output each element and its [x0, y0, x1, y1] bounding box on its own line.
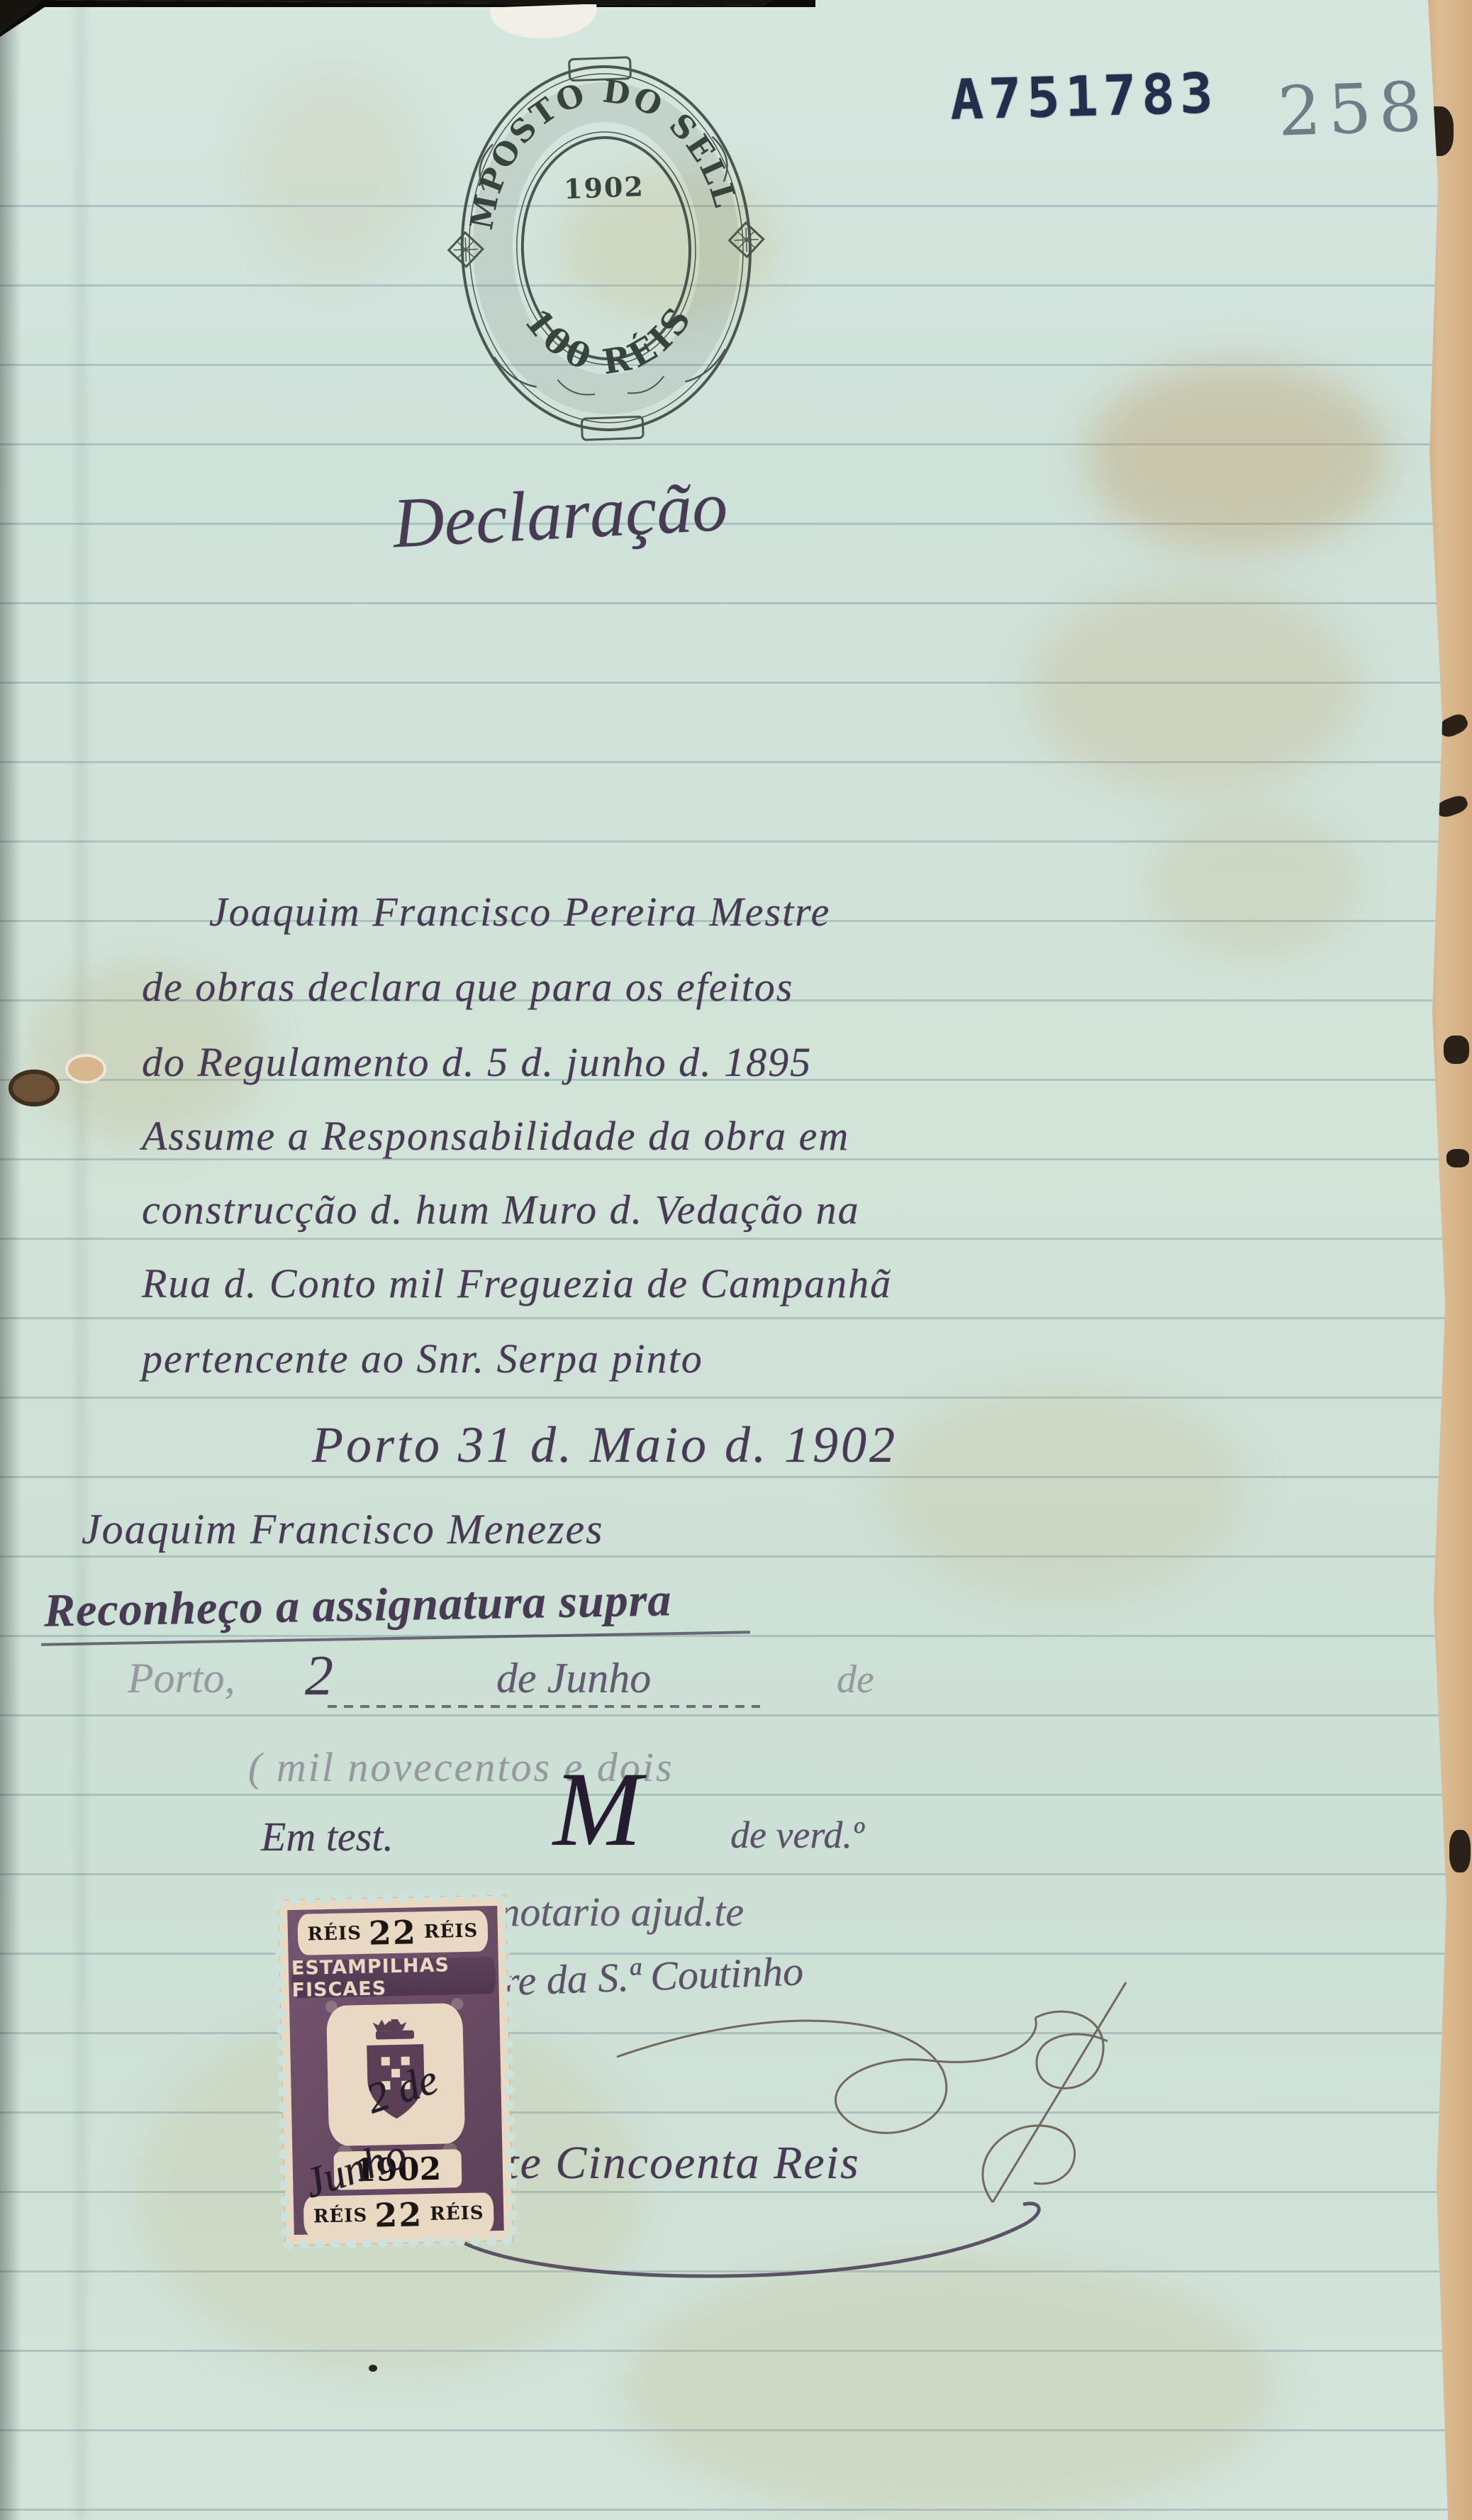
attest-suffix: de verd.º [730, 1813, 864, 1857]
body-line: Assume a Responsabilidade da obra em [142, 1112, 849, 1160]
paper-stain [1149, 809, 1361, 958]
of-word: de [837, 1657, 874, 1702]
body-line: Joaquim Francisco Pereira Mestre [209, 888, 830, 936]
scan-corner [0, 0, 55, 37]
stamp-value-number: 22 [368, 1913, 417, 1952]
revenue-seal: IMPOSTO DO SELLO 1902 100 RÉIS [440, 50, 773, 450]
vertical-crease [75, 0, 87, 2520]
paper-stain [241, 64, 425, 277]
declarant-signature: Joaquim Francisco Menezes [82, 1505, 603, 1554]
seal-year: 1902 [563, 170, 645, 205]
stamp-value-number: 22 [374, 2195, 423, 2234]
under-page-ink-fragment [1446, 1149, 1469, 1167]
paper-sliver [490, 4, 598, 40]
serial-number-stamp: A751783 [949, 62, 1219, 133]
fiscal-stamp: RÉIS 22 RÉIS ESTAMPILHAS FISCAES [279, 1896, 513, 2246]
date-dotted-line [328, 1705, 760, 1708]
wormhole [9, 1070, 60, 1106]
scan-edge-top [0, 0, 815, 7]
fee-underline-swash [436, 2196, 1074, 2295]
folio-number: 258 [1276, 67, 1430, 151]
body-line: construcção d. hum Muro d. Vedação na [142, 1186, 860, 1233]
body-line: do Regulamento d. 5 d. junho d. 1895 [142, 1038, 812, 1086]
stamp-value-top: RÉIS 22 RÉIS [297, 1910, 488, 1955]
month-phrase: de Junho [496, 1654, 651, 1703]
stamp-unit-left: RÉIS [307, 1923, 362, 1945]
notary-acknowledgement: Reconheço a assignatura supra [43, 1573, 672, 1638]
notary-monogram: M [553, 1777, 642, 1841]
attest-monogram: M [553, 1765, 642, 1836]
stamp-unit-right: RÉIS [430, 2202, 484, 2225]
document-page: IMPOSTO DO SELLO 1902 100 RÉIS A751783 2… [0, 0, 1451, 2520]
binding-shadow [0, 0, 21, 2520]
paper-stain [1028, 582, 1361, 794]
stamp-unit-right: RÉIS [424, 1921, 479, 1943]
body-line: Rua d. Conto mil Freguezia de Campanhã [142, 1260, 892, 1307]
body-line: de obras declara que para os efeitos [142, 963, 793, 1011]
ink-speck [369, 2365, 377, 2372]
place-word: Porto, [128, 1654, 235, 1703]
paper-stain [879, 1383, 1248, 1603]
under-page-ink-fragment [1449, 1830, 1471, 1872]
dateline: Porto 31 d. Maio d. 1902 [312, 1416, 898, 1475]
paper-stain [1085, 362, 1390, 553]
day-number: 2 [305, 1644, 333, 1709]
body-line: pertencente ao Snr. Serpa pinto [142, 1335, 703, 1382]
scanned-document: IMPOSTO DO SELLO 1902 100 RÉIS A751783 2… [0, 0, 1472, 2520]
wormhole [65, 1054, 106, 1084]
attest-prefix: Em test. [261, 1813, 394, 1860]
under-page-ink-fragment [1444, 1036, 1469, 1064]
stamp-banner: ESTAMPILHAS FISCAES [291, 1957, 496, 1998]
